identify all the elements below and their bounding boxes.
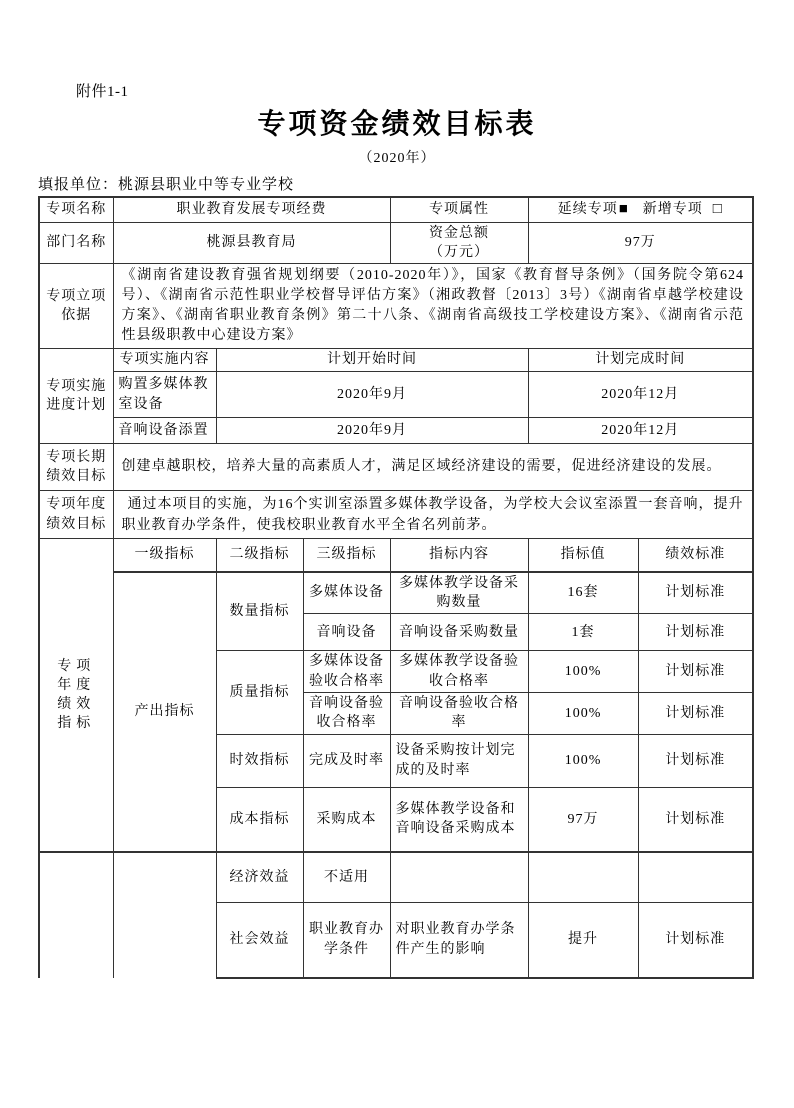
level2-cell: 经济效益 [216, 852, 303, 902]
long-term-goal-label: 专项长期 绩效目标 [39, 444, 113, 491]
page-title: 专项资金绩效目标表 [0, 102, 794, 142]
annual-goal-label: 专项年度 绩效目标 [39, 491, 113, 539]
schedule-finish-header: 计划完成时间 [528, 349, 753, 372]
indicator-row: 经济效益 不适用 [39, 852, 753, 902]
annual-indicator-group-continued-cell [39, 852, 113, 978]
indicator-header-level1: 一级指标 [113, 539, 216, 572]
schedule-row: 购置多媒体教 室设备 2020年9月 2020年12月 [39, 372, 753, 418]
attachment-label: 附件1-1 [76, 80, 129, 101]
indicator-standard-cell: 计划标准 [638, 651, 753, 693]
indicator-standard-cell: 计划标准 [638, 692, 753, 734]
basis-label: 专项立项 依据 [39, 264, 113, 349]
level3-cell: 职业教育办 学条件 [303, 902, 390, 978]
indicator-value-cell: 100% [528, 734, 638, 787]
indicator-content-cell: 音响设备验收合格 率 [390, 692, 528, 734]
total-fund-label: 资金总额 （万元） [390, 222, 528, 264]
level3-cell: 多媒体设备 验收合格率 [303, 651, 390, 693]
annual-goal-text: 通过本项目的实施，为16个实训室添置多媒体教学设备，为学校大会议室添置一套音响，… [113, 491, 753, 539]
department-value: 桃源县教育局 [113, 222, 390, 264]
document-page: 附件1-1 专项资金绩效目标表 （2020年） 填报单位：桃源县职业中等专业学校… [0, 0, 794, 1108]
project-attribute-value: 延续专项■新增专项□ [528, 197, 753, 222]
year-subtitle: （2020年） [0, 147, 794, 167]
schedule-content-cell: 音响设备添置 [113, 418, 216, 444]
project-name-label: 专项名称 [39, 197, 113, 222]
checkbox-unchecked-icon: □ [713, 201, 723, 217]
indicator-header-level3: 三级指标 [303, 539, 390, 572]
indicator-standard-cell: 计划标准 [638, 734, 753, 787]
indicator-content-cell: 多媒体教学设备验 收合格率 [390, 651, 528, 693]
indicator-header-value: 指标值 [528, 539, 638, 572]
checkbox-checked-icon: ■ [619, 201, 629, 217]
indicator-content-cell: 多媒体教学设备采 购数量 [390, 572, 528, 614]
annual-indicator-group-label: 专项 年度 绩效 指标 [39, 539, 113, 852]
level3-cell: 音响设备验 收合格率 [303, 692, 390, 734]
level3-cell: 采购成本 [303, 787, 390, 852]
continue-project-label: 延续专项 [558, 202, 618, 217]
indicator-header-content: 指标内容 [390, 539, 528, 572]
level2-cell: 成本指标 [216, 787, 303, 852]
performance-target-table: 专项名称 职业教育发展专项经费 专项属性 延续专项■新增专项□ 部门名称 桃源县… [38, 196, 754, 979]
indicator-value-cell: 100% [528, 692, 638, 734]
level3-cell: 完成及时率 [303, 734, 390, 787]
indicator-content-cell [390, 852, 528, 902]
indicator-standard-cell: 计划标准 [638, 787, 753, 852]
schedule-start-cell: 2020年9月 [216, 372, 528, 418]
indicator-value-cell: 97万 [528, 787, 638, 852]
schedule-start-header: 计划开始时间 [216, 349, 528, 372]
indicator-content-cell: 多媒体教学设备和 音响设备采购成本 [390, 787, 528, 852]
level3-cell: 不适用 [303, 852, 390, 902]
project-attribute-label: 专项属性 [390, 197, 528, 222]
new-project-label: 新增专项 [643, 202, 703, 217]
indicator-header-level2: 二级指标 [216, 539, 303, 572]
indicator-value-cell: 提升 [528, 902, 638, 978]
reporting-unit-value: 桃源县职业中等专业学校 [118, 177, 294, 193]
indicator-standard-cell [638, 852, 753, 902]
level2-cell: 时效指标 [216, 734, 303, 787]
indicator-content-cell: 设备采购按计划完 成的及时率 [390, 734, 528, 787]
reporting-unit-line: 填报单位：桃源县职业中等专业学校 [38, 173, 294, 194]
level3-cell: 音响设备 [303, 614, 390, 651]
level1-benefit-continued-cell [113, 852, 216, 978]
level1-output-indicator: 产出指标 [113, 572, 216, 852]
indicator-value-cell: 16套 [528, 572, 638, 614]
basis-text: 《湖南省建设教育强省规划纲要（2010-2020年）》，国家《教育督导条例》（国… [113, 264, 753, 349]
indicator-content-cell: 对职业教育办学条 件产生的影响 [390, 902, 528, 978]
indicator-header-standard: 绩效标准 [638, 539, 753, 572]
indicator-standard-cell: 计划标准 [638, 572, 753, 614]
indicator-content-cell: 音响设备采购数量 [390, 614, 528, 651]
level3-cell: 多媒体设备 [303, 572, 390, 614]
reporting-unit-label: 填报单位： [38, 177, 118, 193]
schedule-finish-cell: 2020年12月 [528, 418, 753, 444]
schedule-content-header: 专项实施内容 [113, 349, 216, 372]
indicator-value-cell [528, 852, 638, 902]
schedule-finish-cell: 2020年12月 [528, 372, 753, 418]
schedule-content-cell: 购置多媒体教 室设备 [113, 372, 216, 418]
indicator-standard-cell: 计划标准 [638, 902, 753, 978]
indicator-value-cell: 1套 [528, 614, 638, 651]
department-label: 部门名称 [39, 222, 113, 264]
total-fund-value: 97万 [528, 222, 753, 264]
long-term-goal-text: 创建卓越职校，培养大量的高素质人才，满足区域经济建设的需要，促进经济建设的发展。 [113, 444, 753, 491]
indicator-row: 产出指标 数量指标 多媒体设备 多媒体教学设备采 购数量 16套 计划标准 [39, 572, 753, 614]
level2-cell: 数量指标 [216, 572, 303, 651]
level2-cell: 质量指标 [216, 651, 303, 734]
level2-cell: 社会效益 [216, 902, 303, 978]
schedule-row: 音响设备添置 2020年9月 2020年12月 [39, 418, 753, 444]
schedule-group-label: 专项实施 进度计划 [39, 349, 113, 444]
indicator-value-cell: 100% [528, 651, 638, 693]
schedule-start-cell: 2020年9月 [216, 418, 528, 444]
project-name-value: 职业教育发展专项经费 [113, 197, 390, 222]
indicator-standard-cell: 计划标准 [638, 614, 753, 651]
